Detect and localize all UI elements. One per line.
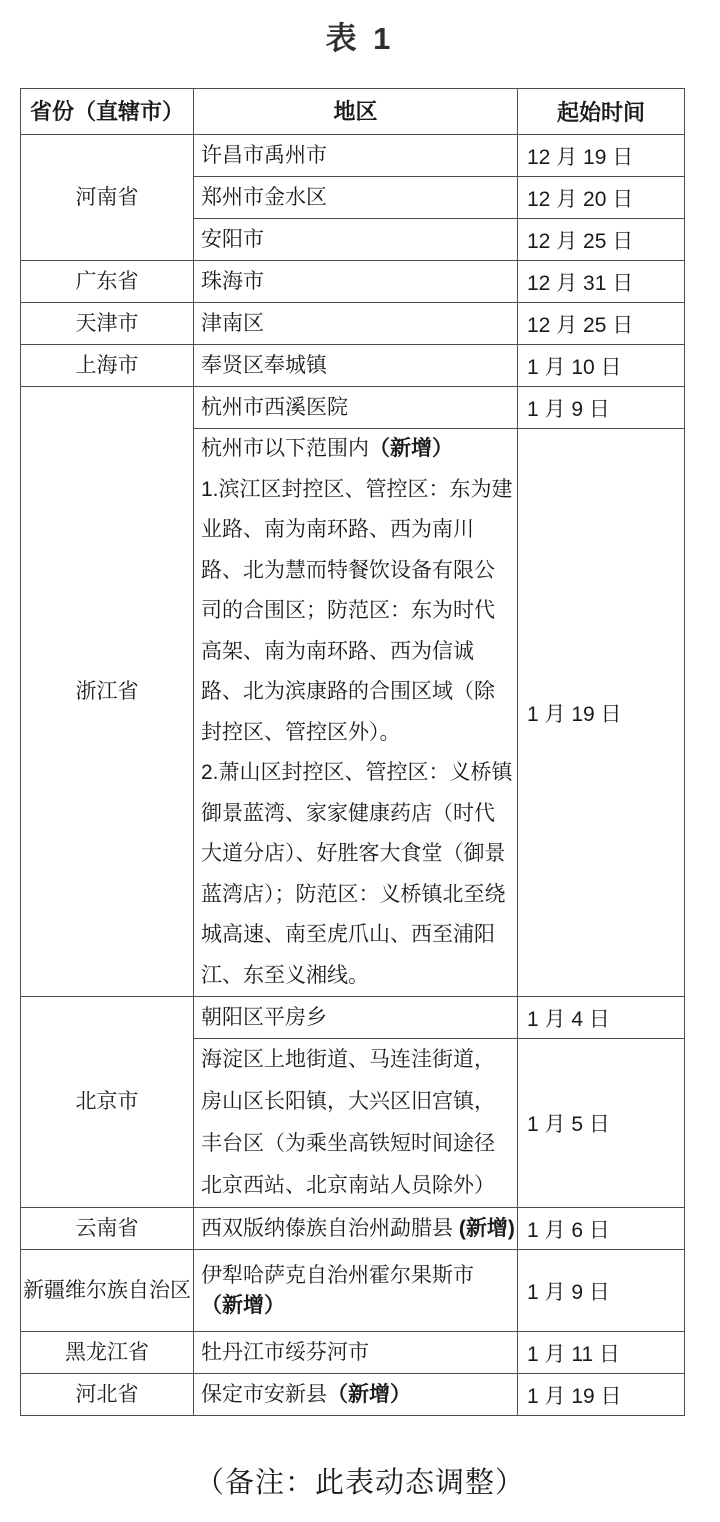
table-row: 上海市 奉贤区奉城镇 1 月 10 日 (21, 345, 685, 387)
table-row: 北京市 朝阳区平房乡 1 月 4 日 (21, 997, 685, 1039)
header-date: 起始时间 (518, 89, 685, 135)
header-province: 省份（直辖市） (21, 89, 194, 135)
table-row: 河北省 保定市安新县（新增） 1 月 19 日 (21, 1374, 685, 1416)
header-region: 地区 (194, 89, 518, 135)
date-cell: 12 月 19 日 (518, 135, 685, 177)
province-cell: 河南省 (21, 135, 194, 261)
table-row: 天津市 津南区 12 月 25 日 (21, 303, 685, 345)
table-row: 广东省 珠海市 12 月 31 日 (21, 261, 685, 303)
region-cell-detailed: 海淀区上地街道、马连洼街道，房山区长阳镇，大兴区旧宫镇，丰台区（为乘坐高铁短时间… (194, 1039, 518, 1208)
date-cell: 1 月 10 日 (518, 345, 685, 387)
table-header-row: 省份（直辖市） 地区 起始时间 (21, 89, 685, 135)
region-cell: 朝阳区平房乡 (194, 997, 518, 1039)
date-cell: 1 月 9 日 (518, 1250, 685, 1332)
province-cell: 浙江省 (21, 387, 194, 997)
region-date-table: 省份（直辖市） 地区 起始时间 河南省 许昌市禹州市 12 月 19 日 郑州市… (20, 88, 685, 1416)
province-cell: 天津市 (21, 303, 194, 345)
region-cell: 津南区 (194, 303, 518, 345)
date-cell: 1 月 4 日 (518, 997, 685, 1039)
date-cell: 12 月 25 日 (518, 219, 685, 261)
table-row: 黑龙江省 牡丹江市绥芬河市 1 月 11 日 (21, 1332, 685, 1374)
region-cell: 奉贤区奉城镇 (194, 345, 518, 387)
region-paragraph: 杭州市以下范围内（新增） (201, 429, 515, 470)
date-cell: 1 月 19 日 (518, 1374, 685, 1416)
region-cell: 郑州市金水区 (194, 177, 518, 219)
region-cell: 西双版纳傣族自治州勐腊县 (新增) (194, 1208, 518, 1250)
region-cell: 珠海市 (194, 261, 518, 303)
region-cell: 伊犁哈萨克自治州霍尔果斯市（新增） (194, 1250, 518, 1332)
province-cell: 河北省 (21, 1374, 194, 1416)
region-paragraph: 2.萧山区封控区、管控区：义桥镇御景蓝湾、家家健康药店（时代大道分店）、好胜客大… (201, 753, 515, 996)
date-cell: 12 月 31 日 (518, 261, 685, 303)
date-cell: 1 月 6 日 (518, 1208, 685, 1250)
date-cell: 1 月 19 日 (518, 429, 685, 997)
region-paragraph: 1.滨江区封控区、管控区：东为建业路、南为南环路、西为南川路、北为慧而特餐饮设备… (201, 470, 515, 754)
date-cell: 1 月 5 日 (518, 1039, 685, 1208)
date-cell: 1 月 9 日 (518, 387, 685, 429)
date-cell: 12 月 20 日 (518, 177, 685, 219)
region-cell-detailed: 杭州市以下范围内（新增） 1.滨江区封控区、管控区：东为建业路、南为南环路、西为… (194, 429, 518, 997)
date-cell: 1 月 11 日 (518, 1332, 685, 1374)
province-cell: 广东省 (21, 261, 194, 303)
region-cell: 许昌市禹州市 (194, 135, 518, 177)
date-cell: 12 月 25 日 (518, 303, 685, 345)
region-cell: 保定市安新县（新增） (194, 1374, 518, 1416)
region-cell: 安阳市 (194, 219, 518, 261)
province-cell: 北京市 (21, 997, 194, 1208)
table-row: 云南省 西双版纳傣族自治州勐腊县 (新增) 1 月 6 日 (21, 1208, 685, 1250)
table-row: 浙江省 杭州市西溪医院 1 月 9 日 (21, 387, 685, 429)
page: 表 1 省份（直辖市） 地区 起始时间 河南省 许昌市禹州市 12 月 19 日… (0, 0, 720, 1522)
province-cell: 上海市 (21, 345, 194, 387)
province-cell: 黑龙江省 (21, 1332, 194, 1374)
page-title: 表 1 (0, 16, 720, 62)
footer-note: （备注：此表动态调整） (0, 1460, 720, 1501)
table-row: 河南省 许昌市禹州市 12 月 19 日 (21, 135, 685, 177)
region-cell: 杭州市西溪医院 (194, 387, 518, 429)
province-cell: 新疆维尔族自治区 (21, 1250, 194, 1332)
province-cell: 云南省 (21, 1208, 194, 1250)
table-row: 新疆维尔族自治区 伊犁哈萨克自治州霍尔果斯市（新增） 1 月 9 日 (21, 1250, 685, 1332)
region-cell: 牡丹江市绥芬河市 (194, 1332, 518, 1374)
